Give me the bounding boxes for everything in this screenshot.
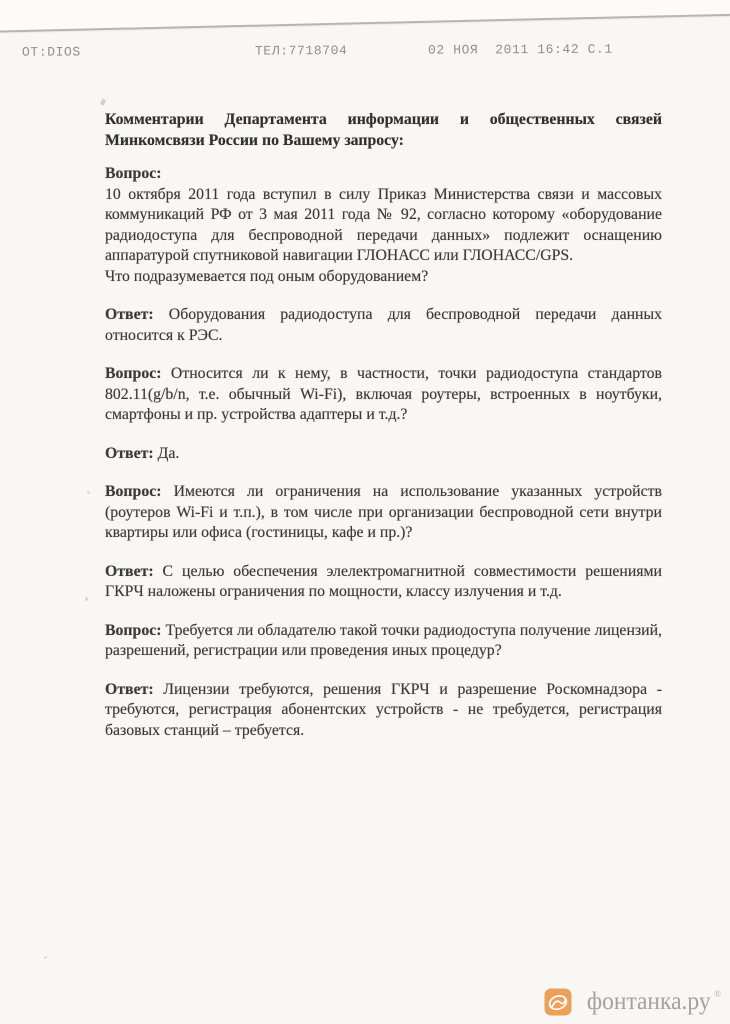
question-paragraph: Вопрос: Имеются ли ограничения на исполь… <box>105 482 662 544</box>
scan-paper-edge-line <box>0 0 730 33</box>
answer-label: Ответ: <box>105 563 154 580</box>
fax-phone: ТЕЛ:7718704 <box>255 43 347 58</box>
document-title: Комментарии Департамента информации и об… <box>105 110 662 151</box>
answer-paragraph: Ответ: Да. <box>105 444 662 465</box>
scan-artifact <box>44 956 47 959</box>
scan-artifact <box>85 597 88 601</box>
question-paragraph: Вопрос: Относится ли к нему, в частности… <box>105 364 662 426</box>
fontanka-logo-icon <box>544 988 572 1016</box>
fontanka-watermark[interactable]: фонтанка.ру ® <box>544 988 721 1016</box>
answer-label: Ответ: <box>105 681 154 698</box>
question-extra-text: Что подразумевается под оным оборудовани… <box>105 267 662 288</box>
fax-datetime: 02 НОЯ 2011 16:42 С.1 <box>428 42 613 58</box>
answer-text: Лицензии требуются, решения ГКРЧ и разре… <box>105 681 662 739</box>
question-text: Требуется ли обладателю такой точки ради… <box>105 622 662 660</box>
question-label: Вопрос: <box>105 622 162 639</box>
question-paragraph: Вопрос: Требуется ли обладателю такой то… <box>105 621 662 662</box>
question-label: Вопрос: <box>105 483 162 500</box>
question-text: Относится ли к нему, в частности, точки … <box>105 365 662 423</box>
fax-sender: ОТ:DIOS <box>22 44 81 59</box>
answer-label: Ответ: <box>105 445 154 462</box>
scan-artifact <box>100 98 106 105</box>
question-text: Имеются ли ограничения на использование … <box>105 483 662 541</box>
question-text: 10 октября 2011 года вступил в силу Прик… <box>105 185 662 267</box>
answer-paragraph: Ответ: Лицензии требуются, решения ГКРЧ … <box>105 680 662 742</box>
qa-block-4: Вопрос: Требуется ли обладателю такой то… <box>105 621 662 742</box>
answer-text: Да. <box>158 445 180 462</box>
document-body: Комментарии Департамента информации и об… <box>105 110 662 759</box>
answer-label: Ответ: <box>105 306 154 323</box>
registered-trademark-icon: ® <box>714 989 721 999</box>
answer-text: Оборудования радиодоступа для беспроводн… <box>105 306 662 344</box>
fontanka-site-name: фонтанка.ру <box>586 988 710 1016</box>
answer-text: С целью обеспечения элелектромагнитной с… <box>105 563 662 601</box>
qa-block-2: Вопрос: Относится ли к нему, в частности… <box>105 364 662 464</box>
qa-block-3: Вопрос: Имеются ли ограничения на исполь… <box>105 482 662 603</box>
question-label: Вопрос: <box>105 164 662 185</box>
question-label: Вопрос: <box>105 365 162 382</box>
scan-artifact <box>87 491 90 494</box>
qa-block-1: Вопрос: 10 октября 2011 года вступил в с… <box>105 164 662 346</box>
scanned-fax-page: ОТ:DIOS ТЕЛ:7718704 02 НОЯ 2011 16:42 С.… <box>0 0 730 1024</box>
fax-header: ОТ:DIOS ТЕЛ:7718704 02 НОЯ 2011 16:42 С.… <box>0 41 730 63</box>
answer-paragraph: Ответ: Оборудования радиодоступа для бес… <box>105 305 662 346</box>
answer-paragraph: Ответ: С целью обеспечения элелектромагн… <box>105 562 662 603</box>
